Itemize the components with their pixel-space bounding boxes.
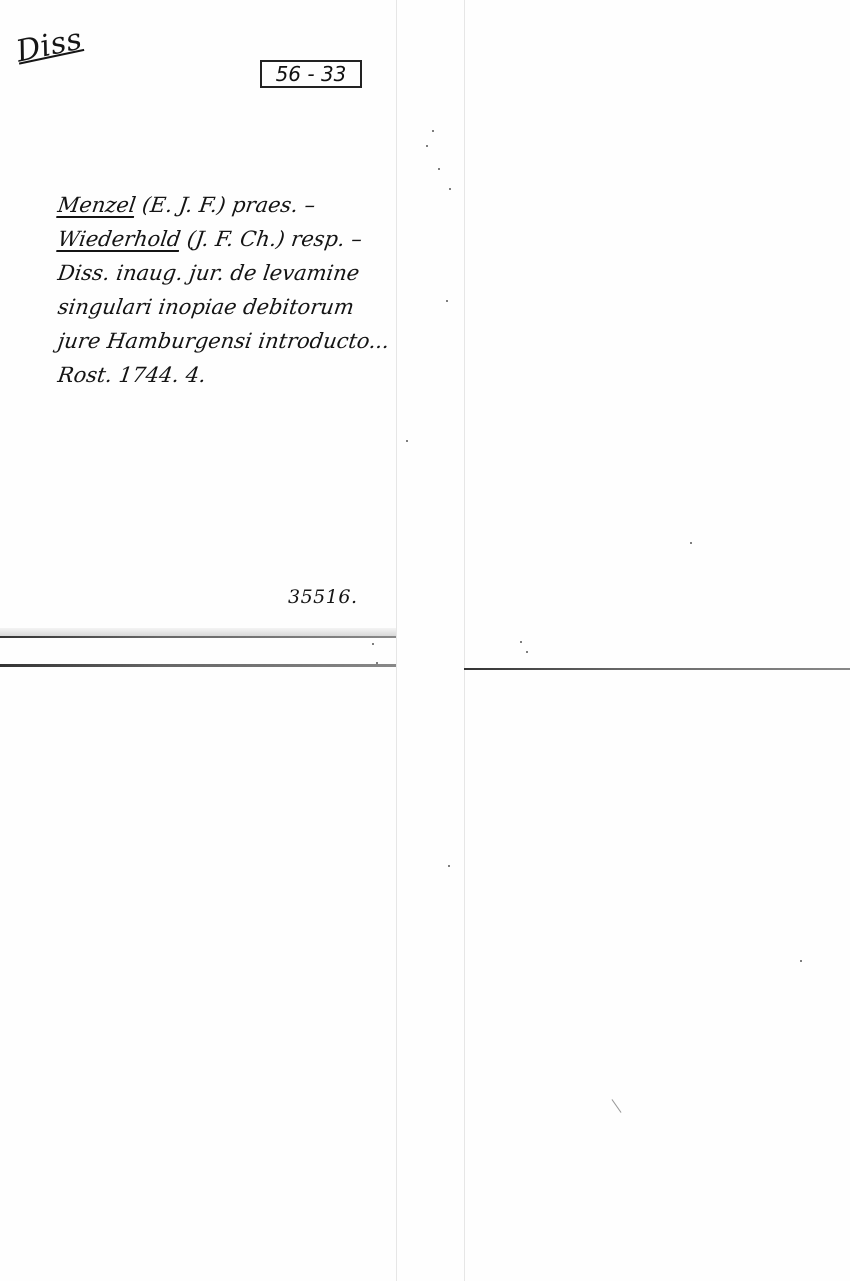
entry-line-title-3: jure Hamburgensi introducto... (56, 324, 401, 358)
lower-left-card-top-edge (0, 664, 396, 667)
accession-number: 35516. (288, 586, 357, 608)
vertical-divider-right (464, 0, 465, 1281)
corner-mark: Diss (13, 21, 85, 69)
praeses-name: Menzel (56, 193, 137, 217)
entry-line-title-1: Diss. inaug. jur. de levamine (56, 256, 401, 290)
dust-speck (446, 300, 448, 302)
dust-speck (372, 643, 374, 645)
card-bottom-edge (0, 636, 396, 638)
respondent-detail: (J. F. Ch.) resp. – (179, 227, 364, 251)
shelfmark-box: 56 - 33 (260, 60, 362, 88)
dust-speck (449, 188, 451, 190)
dust-speck (800, 960, 802, 962)
dust-speck (426, 145, 428, 147)
dust-speck (526, 651, 528, 653)
praeses-detail: (E. J. F.) praes. – (134, 193, 317, 217)
dust-speck (406, 440, 408, 442)
dust-speck (438, 168, 440, 170)
dust-speck (520, 641, 522, 643)
pencil-mark (612, 1099, 622, 1113)
entry-line-imprint: Rost. 1744. 4. (56, 358, 401, 392)
entry-line-title-2: singulari inopiae debitorum (56, 290, 401, 324)
scanned-page: Diss 56 - 33 Menzel (E. J. F.) praes. – … (0, 0, 850, 1281)
entry-line-praeses: Menzel (E. J. F.) praes. – (56, 188, 401, 222)
lower-right-card-top-edge (464, 668, 850, 670)
dust-speck (448, 865, 450, 867)
respondent-name: Wiederhold (56, 227, 182, 251)
catalog-entry: Menzel (E. J. F.) praes. – Wiederhold (J… (58, 188, 398, 392)
dust-speck (376, 662, 378, 664)
card-bottom-shadow (0, 628, 396, 636)
dust-speck (690, 542, 692, 544)
entry-line-respondent: Wiederhold (J. F. Ch.) resp. – (56, 222, 401, 256)
dust-speck (432, 130, 434, 132)
